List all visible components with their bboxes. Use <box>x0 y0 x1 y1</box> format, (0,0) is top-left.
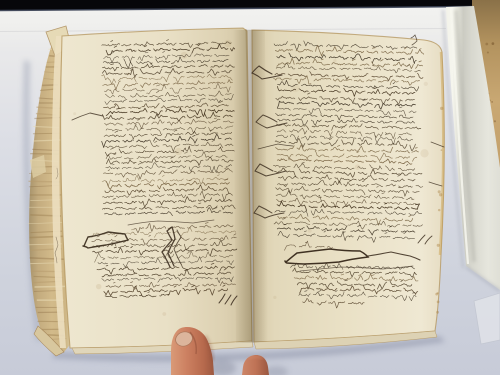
foxing-spot <box>308 228 312 232</box>
foxing-spot <box>424 82 428 86</box>
foxing-spot <box>273 296 276 299</box>
deckle-dot <box>441 149 443 151</box>
photo-of-manuscript <box>0 0 500 375</box>
gutter-shade <box>233 30 268 343</box>
deckle-dot <box>438 209 440 211</box>
speckle <box>491 101 493 103</box>
foxing-spot <box>333 59 336 62</box>
speckle <box>485 43 488 46</box>
foxing-spot <box>96 284 102 290</box>
deckle-dot <box>436 311 439 314</box>
speckle <box>492 42 495 45</box>
deckle-dot <box>438 190 441 193</box>
foxing-spot <box>420 149 428 157</box>
foxing-spot <box>291 84 299 92</box>
deckle-dot <box>437 244 440 247</box>
deckle-dot <box>439 193 442 196</box>
deckle-dot <box>440 107 443 110</box>
foxing-spot <box>162 312 166 316</box>
speckle <box>494 120 496 122</box>
deckle-dot <box>437 292 439 294</box>
speckle <box>487 51 489 53</box>
foxing-spot <box>73 112 76 115</box>
photo-canvas <box>0 0 500 375</box>
deckle-dot <box>437 301 440 304</box>
right-page <box>252 30 444 342</box>
